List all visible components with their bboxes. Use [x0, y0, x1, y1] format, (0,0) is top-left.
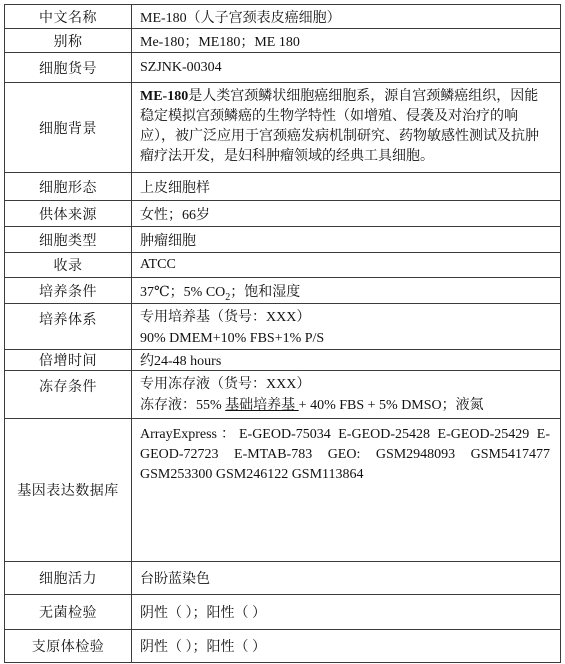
row-value: 专用培养基（货号：XXX） 90% DMEM+10% FBS+1% P/S: [132, 304, 561, 350]
row-value: ATCC: [132, 253, 561, 278]
row-label: 基因表达数据库: [5, 419, 132, 562]
row-label: 细胞背景: [5, 83, 132, 173]
row-label: 无菌检验: [5, 595, 132, 630]
row-value: ArrayExpress：E-GEOD-75034 E-GEOD-25428 E…: [132, 419, 561, 562]
row-mycoplasma-test: 支原体检验 阴性（ ）；阳性（ ）: [5, 630, 561, 663]
row-cell-type: 细胞类型 肿瘤细胞: [5, 227, 561, 253]
row-label: 细胞类型: [5, 227, 132, 253]
row-label: 供体来源: [5, 201, 132, 227]
row-doubling-time: 倍增时间 约24-48 hours: [5, 350, 561, 371]
row-value: SZJNK-00304: [132, 53, 561, 83]
value-underlined-text: 基础培养基: [225, 398, 299, 413]
row-label: 倍增时间: [5, 350, 132, 371]
row-cryo-conditions: 冻存条件 专用冻存液（货号：XXX） 冻存液：55% 基础培养基 + 40% F…: [5, 371, 561, 419]
row-value: ME-180（人子宫颈表皮癌细胞）: [132, 5, 561, 29]
row-label: 细胞货号: [5, 53, 132, 83]
row-sterility-test: 无菌检验 阴性（ ）；阳性（ ）: [5, 595, 561, 630]
row-alias: 别称 Me-180；ME180；ME 180: [5, 29, 561, 53]
value-line-1: 专用冻存液（货号：XXX）: [140, 374, 550, 395]
row-culture-conditions: 培养条件 37℃；5% CO2；饱和湿度: [5, 278, 561, 304]
row-label: 冻存条件: [5, 371, 132, 419]
row-value: 专用冻存液（货号：XXX） 冻存液：55% 基础培养基 + 40% FBS + …: [132, 371, 561, 419]
row-label: 别称: [5, 29, 132, 53]
row-value: 37℃；5% CO2；饱和湿度: [132, 278, 561, 304]
row-culture-system: 培养体系 专用培养基（货号：XXX） 90% DMEM+10% FBS+1% P…: [5, 304, 561, 350]
value-text: 是人类宫颈鳞状细胞癌细胞系，源自宫颈鳞癌组织，因能稳定模拟宫颈鳞癌的生物学特性（…: [140, 89, 539, 164]
row-label: 中文名称: [5, 5, 132, 29]
row-collection: 收录 ATCC: [5, 253, 561, 278]
row-gene-expression-db: 基因表达数据库 ArrayExpress：E-GEOD-75034 E-GEOD…: [5, 419, 561, 562]
row-cell-viability: 细胞活力 台盼蓝染色: [5, 562, 561, 595]
row-value: 女性；66岁: [132, 201, 561, 227]
value-line-2: 90% DMEM+10% FBS+1% P/S: [140, 328, 550, 349]
cell-line-info-table: 中文名称 ME-180（人子宫颈表皮癌细胞） 别称 Me-180；ME180；M…: [4, 4, 561, 663]
row-value: Me-180；ME180；ME 180: [132, 29, 561, 53]
row-label: 细胞活力: [5, 562, 132, 595]
row-donor-source: 供体来源 女性；66岁: [5, 201, 561, 227]
row-value: 台盼蓝染色: [132, 562, 561, 595]
row-morphology: 细胞形态 上皮细胞样: [5, 173, 561, 201]
document-page: 中文名称 ME-180（人子宫颈表皮癌细胞） 别称 Me-180；ME180；M…: [0, 0, 565, 664]
row-label: 收录: [5, 253, 132, 278]
row-cell-background: 细胞背景 ME-180是人类宫颈鳞状细胞癌细胞系，源自宫颈鳞癌组织，因能稳定模拟…: [5, 83, 561, 173]
row-chinese-name: 中文名称 ME-180（人子宫颈表皮癌细胞）: [5, 5, 561, 29]
row-value: 约24-48 hours: [132, 350, 561, 371]
value-text: + 40% FBS + 5% DMSO；液氮: [299, 398, 484, 413]
row-value: 上皮细胞样: [132, 173, 561, 201]
value-line-2: 冻存液：55% 基础培养基 + 40% FBS + 5% DMSO；液氮: [140, 395, 550, 416]
value-text: ；饱和湿度: [230, 285, 300, 300]
value-bold-prefix: ME-180: [140, 89, 188, 104]
row-value: 阴性（ ）；阳性（ ）: [132, 630, 561, 663]
row-label: 培养体系: [5, 304, 132, 350]
row-value: 肿瘤细胞: [132, 227, 561, 253]
row-label: 支原体检验: [5, 630, 132, 663]
value-text: 37℃；5% CO: [140, 285, 225, 300]
value-line-1: 专用培养基（货号：XXX）: [140, 307, 550, 328]
row-value: 阴性（ ）；阳性（ ）: [132, 595, 561, 630]
value-text: 冻存液：55%: [140, 398, 225, 413]
row-catalog-number: 细胞货号 SZJNK-00304: [5, 53, 561, 83]
row-label: 细胞形态: [5, 173, 132, 201]
row-value: ME-180是人类宫颈鳞状细胞癌细胞系，源自宫颈鳞癌组织，因能稳定模拟宫颈鳞癌的…: [132, 83, 561, 173]
row-label: 培养条件: [5, 278, 132, 304]
